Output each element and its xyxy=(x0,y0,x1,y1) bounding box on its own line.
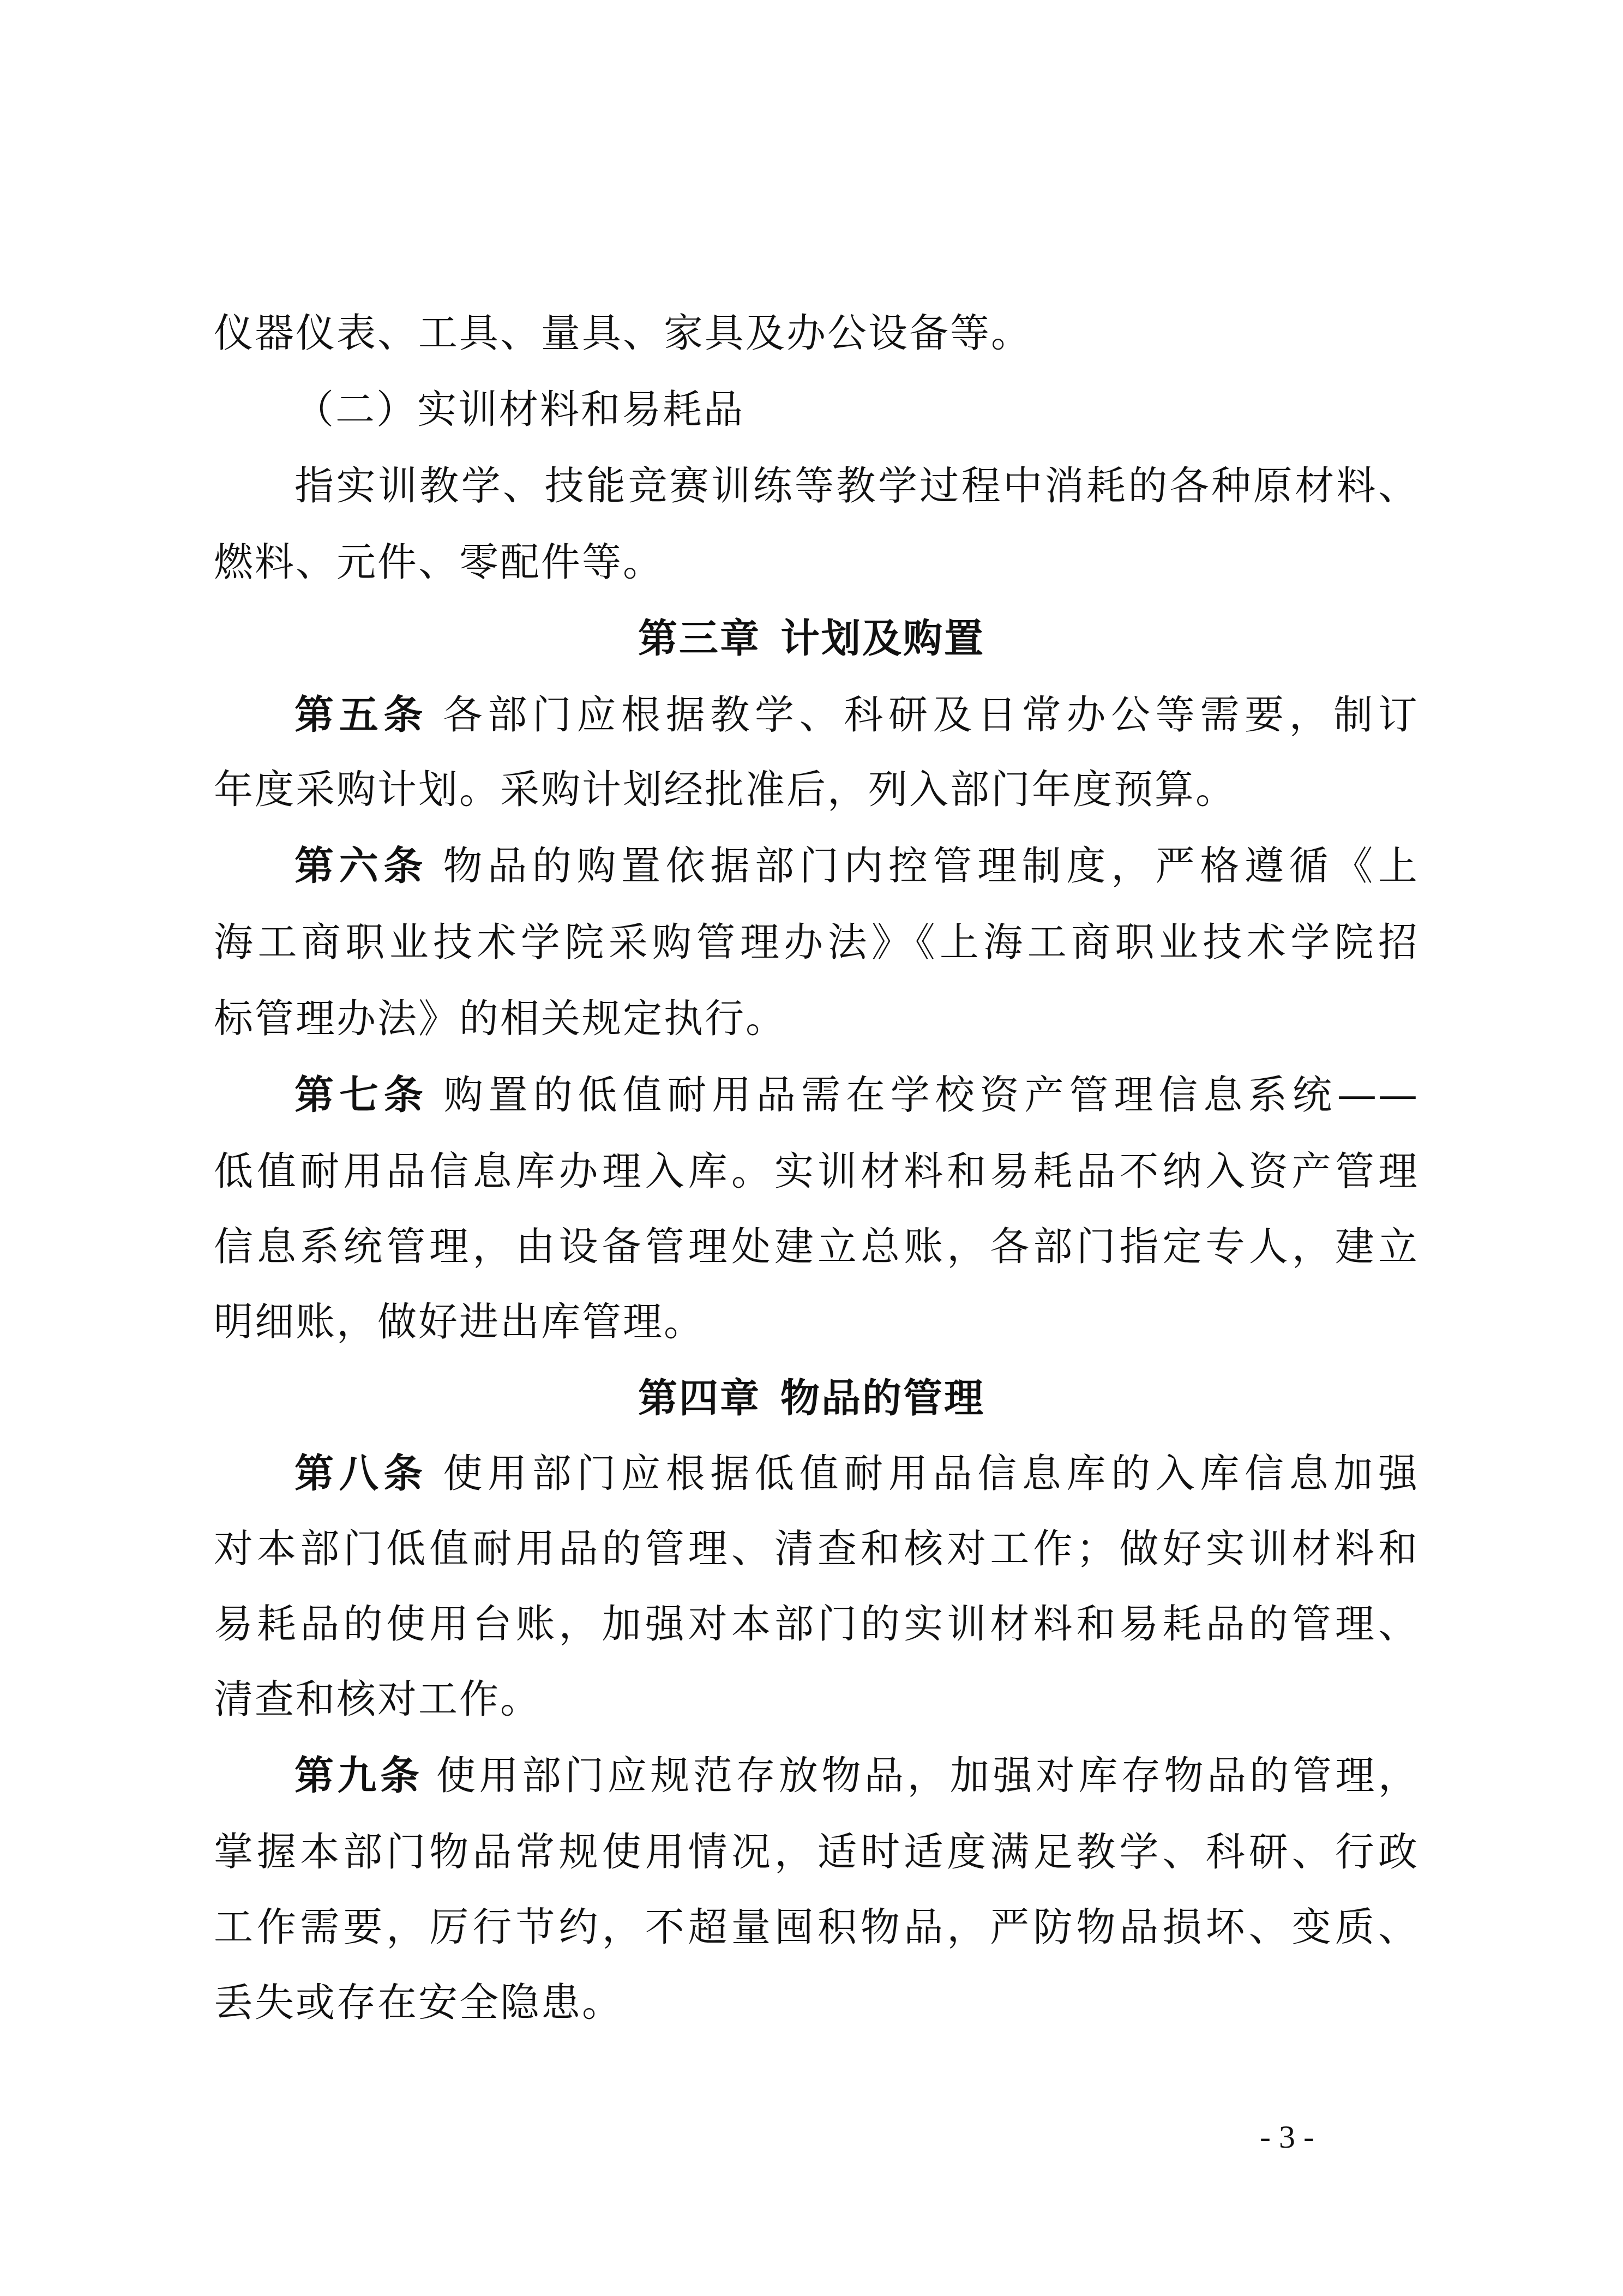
document-page: 仪器仪表、工具、量具、家具及办公设备等。 （二）实训材料和易耗品 指实训教学、技… xyxy=(0,0,1623,2296)
chapter-title: 计划及购置 xyxy=(780,615,985,661)
chapter-heading: 第三章计划及购置 xyxy=(0,614,1623,663)
article-label: 第九条 xyxy=(294,1752,423,1798)
page-number: - 3 - xyxy=(1260,2115,1423,2159)
article-text: 使用部门应规范存放物品，加强对库存物品的管理， xyxy=(435,1752,1419,1798)
chapter-label: 第四章 xyxy=(638,1375,761,1421)
article-text: 购置的低值耐用品需在学校资产管理信息系统—— xyxy=(440,1072,1419,1117)
article-text: 各部门应根据教学、科研及日常办公等需要，制订 xyxy=(440,692,1419,737)
article-line: 海工商职业技术学院采购管理办法》《上海工商职业技术学院招 xyxy=(214,917,1419,966)
article-text: 使用部门应根据低值耐用品信息库的入库信息加强 xyxy=(440,1450,1419,1496)
article-line: 第九条 使用部门应规范存放物品，加强对库存物品的管理， xyxy=(294,1751,1419,1800)
subsection-title: （二）实训材料和易耗品 xyxy=(294,384,1419,434)
chapter-heading: 第四章物品的管理 xyxy=(0,1373,1623,1422)
paragraph-continuation: 仪器仪表、工具、量具、家具及办公设备等。 xyxy=(214,308,1419,357)
article-line: 标管理办法》的相关规定执行。 xyxy=(214,994,1419,1043)
article-line: 第七条 购置的低值耐用品需在学校资产管理信息系统—— xyxy=(294,1070,1419,1119)
article-line: 丢失或存在安全隐患。 xyxy=(214,1978,1419,2027)
article-label: 第八条 xyxy=(294,1450,428,1496)
article-line: 第八条 使用部门应根据低值耐用品信息库的入库信息加强 xyxy=(294,1448,1419,1498)
article-line: 第六条 物品的购置依据部门内控管理制度，严格遵循《上 xyxy=(294,841,1419,890)
article-line: 工作需要，厉行节约，不超量囤积物品，严防物品损坏、变质、 xyxy=(214,1902,1419,1951)
article-label: 第七条 xyxy=(294,1072,429,1117)
article-line: 对本部门低值耐用品的管理、清查和核对工作；做好实训材料和 xyxy=(214,1524,1419,1573)
article-line: 第五条 各部门应根据教学、科研及日常办公等需要，制订 xyxy=(294,690,1419,739)
chapter-title: 物品的管理 xyxy=(780,1375,985,1421)
article-line: 易耗品的使用台账，加强对本部门的实训材料和易耗品的管理、 xyxy=(214,1599,1419,1648)
article-line: 低值耐用品信息库办理入库。实训材料和易耗品不纳入资产管理 xyxy=(214,1146,1419,1195)
chapter-label: 第三章 xyxy=(638,615,761,661)
subsection-body-line: 燃料、元件、零配件等。 xyxy=(214,537,1419,586)
article-line: 掌握本部门物品常规使用情况，适时适度满足教学、科研、行政 xyxy=(214,1827,1419,1876)
article-label: 第六条 xyxy=(294,843,428,888)
article-text: 物品的购置依据部门内控管理制度，严格遵循《上 xyxy=(440,843,1419,888)
subsection-body-line: 指实训教学、技能竞赛训练等教学过程中消耗的各种原材料、 xyxy=(294,461,1419,510)
article-line: 信息系统管理，由设备管理处建立总账，各部门指定专人，建立 xyxy=(214,1222,1419,1271)
article-line: 清查和核对工作。 xyxy=(214,1674,1419,1723)
article-label: 第五条 xyxy=(294,692,428,737)
article-line: 年度采购计划。采购计划经批准后，列入部门年度预算。 xyxy=(214,765,1419,814)
article-line: 明细账，做好进出库管理。 xyxy=(214,1297,1419,1346)
